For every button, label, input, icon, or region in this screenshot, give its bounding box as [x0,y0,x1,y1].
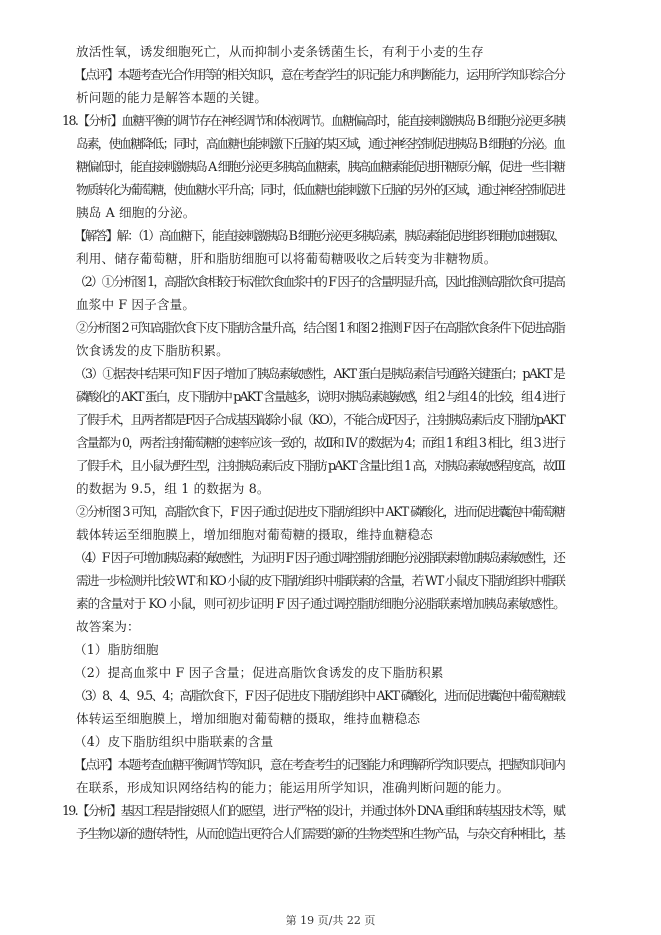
text-line: 了假手术，且两者都是F因子合成基因敲除小鼠（KO），不能合成F因子，注射胰岛素后… [76,412,564,428]
text-line: 析问题的能力是解答本题的关键。 [76,90,267,106]
text-line: 素的含量对于 KO 小鼠，则可初步证明 F 因子通过调控脂肪细胞分泌脂联素增加胰… [76,596,565,612]
text-line: 故答案为： [76,619,140,635]
text-line: （2）①分析图 1，高脂饮食相较于标准饮食血浆中的 F 因子的含量明显升高，因此… [74,274,564,290]
text-line: 载体转运至细胞膜上，增加细胞对葡萄糖的摄取，维持血糖稳态 [76,527,433,543]
text-line: （2）提高血浆中 F 因子含量；促进高脂饮食诱发的皮下脂肪积累 [74,665,443,681]
text-line: 血浆中 F 因子含量。 [76,297,195,313]
text-line: 【点评】本题考查光合作用等的相关知识，意在考查学生的识记能力和判断能力，运用所学… [74,67,564,83]
text-line: 体转运至细胞膜上，增加细胞对葡萄糖的摄取，维持血糖稳态 [76,711,420,727]
text-line: ②分析图 2 可知高脂饮食下皮下脂肪含量升高，结合图 1 和图 2 推测 F 因… [76,320,564,336]
text-line: 18.【分析】血糖平衡的调节存在神经调节和体液调节。血糖偏高时，能直接刺激胰岛 … [62,113,564,129]
text-line: 饮食诱发的皮下脂肪积累。 [76,343,229,359]
text-line: 19.【分析】基因工程是指按照人们的愿望，进行严格的设计，并通过体外 DNA 重… [62,803,564,819]
text-line: （3）8、4、9.5、4；高脂饮食下，F 因子促进皮下脂肪组织中 AKT 磷酸化… [74,688,564,704]
text-line: 【点评】本题考查血糖平衡调节等知识，意在考查考生的记图能力和理解所学知识要点，把… [74,757,564,773]
text-line: ②分析图 3 可知，高脂饮食下，F 因子通过促进皮下脂肪组织中 AKT 磷酸化，… [76,504,564,520]
text-line: 了假手术，且小鼠为野生型，注射胰岛素后皮下脂肪 pAKT 含量比组 1 高，对胰… [76,458,564,474]
text-line: （1）脂肪细胞 [74,642,159,658]
text-line: 糖偏低时，能直接刺激胰岛 A 细胞分泌更多胰高血糖素，胰高血糖素能促进肝糖原分解… [76,159,564,175]
text-line: 物质转化为葡萄糖，使血糖水平升高；同时，低血糖也能刺激下丘脑的另外的区域，通过神… [76,182,564,198]
page-number-footer: 第 19 页/共 22 页 [0,912,661,928]
text-line: 岛素，使血糖降低；同时，高血糖也能刺激下丘脑的某区域，通过神经控制促进胰岛 B … [76,136,564,152]
text-line: 磷酸化的 AKT 蛋白，皮下脂肪中 pAKT 含量越多，说明对胰岛素越敏感，组 … [76,389,564,405]
text-line: 【解答】解：（1）高血糖下，能直接刺激胰岛 B 细胞分泌更多胰岛素，胰岛素能促进… [74,228,564,244]
text-line: （4）F 因子可增加胰岛素的敏感性，为证明 F 因子通过调控脂肪细胞分泌脂联素增… [74,550,564,566]
text-line: 放活性氧，诱发细胞死亡，从而抑制小麦条锈菌生长，有利于小麦的生存 [76,44,484,60]
text-line: 需进一步检测并比较 WT 和 KO 小鼠的皮下脂肪组织中脂联素的含量，若 WT … [76,573,564,589]
text-line: （4）皮下脂肪组织中脂联素的含量 [74,734,273,750]
text-line: 含量都为 0，两者注射葡萄糖的速率应该一致的，故Ⅱ和 Ⅳ 的数据为 4；而组 1… [76,435,564,451]
text-line: 利用、储存葡萄糖，肝和脂肪细胞可以将葡萄糖吸收之后转变为非糖物质。 [76,251,497,267]
text-line: 胰岛 A 细胞的分泌。 [76,205,196,221]
text-line: 的数据为 9.5，组 1 的数据为 8。 [76,481,270,497]
text-line: 在联系，形成知识网络结构的能力；能运用所学知识，准确判断问题的能力。 [76,780,509,796]
text-line: （3）①据表中结果可知 F 因子增加了胰岛素敏感性，AKT 蛋白是胰岛素信号通路… [74,366,564,382]
document-page: 放活性氧，诱发细胞死亡，从而抑制小麦条锈菌生长，有利于小麦的生存【点评】本题考查… [0,0,661,935]
text-line: 予生物以新的遗传特性，从而创造出更符合人们需要的新的生物类型和生物产品，与杂交育… [76,826,564,842]
